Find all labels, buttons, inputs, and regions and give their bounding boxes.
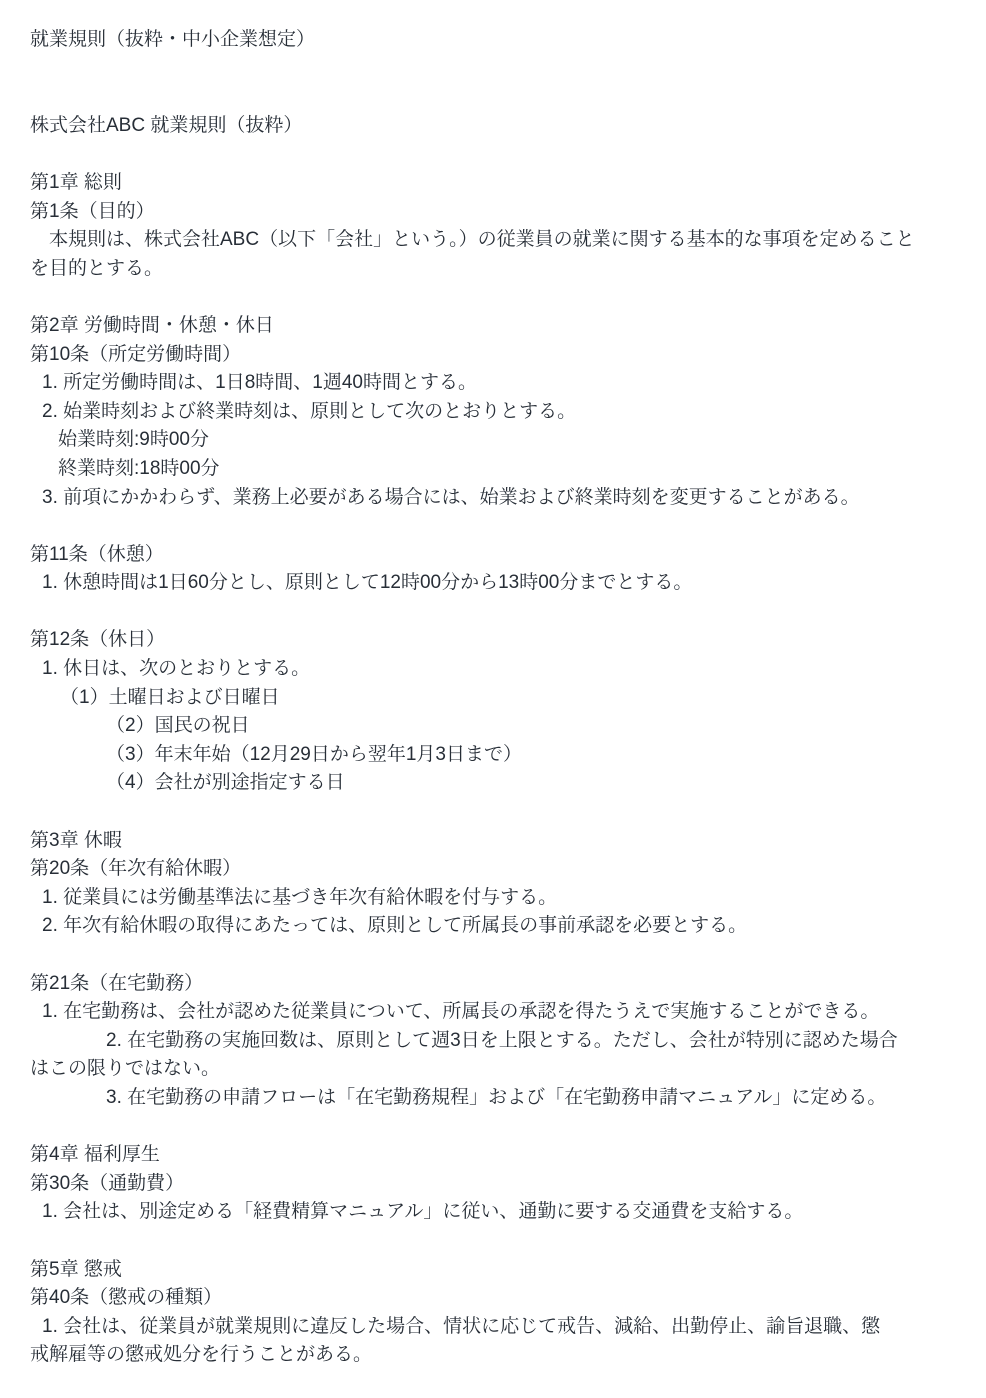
document-line: 1. 会社は、別途定める「経費精算マニュアル」に従い、通勤に要する交通費を支給す… [30,1198,956,1227]
document-line: を目的とする。 [30,255,956,284]
document-line: 第11条（休憩） [30,541,956,570]
document-line: 第10条（所定労働時間） [30,341,956,370]
document-text: 就業規則（抜粋・中小企業想定）株式会社ABC 就業規則（抜粋）第1章 総則第1条… [30,26,956,1370]
document-line: 第2章 労働時間・休憩・休日 [30,312,956,341]
document-line: 1. 会社は、従業員が就業規則に違反した場合、情状に応じて戒告、減給、出勤停止、… [30,1313,956,1342]
document-line: 第3章 休暇 [30,827,956,856]
document-line: 本規則は、株式会社ABC（以下「会社」という。）の従業員の就業に関する基本的な事… [30,226,956,255]
document-line: 2. 始業時刻および終業時刻は、原則として次のとおりとする。 [30,398,956,427]
document-line: （4）会社が別途指定する日 [30,769,956,798]
document-line: 第1条（目的） [30,198,956,227]
document-line [30,140,956,169]
document-line: 1. 従業員には労働基準法に基づき年次有給休暇を付与する。 [30,884,956,913]
document-line [30,83,956,112]
document-line: 第30条（通勤費） [30,1170,956,1199]
document-line: 第20条（年次有給休暇） [30,855,956,884]
document-line [30,1113,956,1142]
document-line: 戒解雇等の懲戒処分を行うことがある。 [30,1341,956,1370]
document-line [30,598,956,627]
document-line: 3. 在宅勤務の申請フローは「在宅勤務規程」および「在宅勤務申請マニュアル」に定… [30,1084,956,1113]
document-line [30,55,956,84]
document-line: 第1章 総則 [30,169,956,198]
document-line [30,798,956,827]
document-line: 1. 在宅勤務は、会社が認めた従業員について、所属長の承認を得たうえで実施するこ… [30,998,956,1027]
document-line: 1. 休日は、次のとおりとする。 [30,655,956,684]
document-line [30,283,956,312]
document-line: 株式会社ABC 就業規則（抜粋） [30,112,956,141]
document-line: 第12条（休日） [30,626,956,655]
document-line: 3. 前項にかかわらず、業務上必要がある場合には、始業および終業時刻を変更するこ… [30,484,956,513]
document-line: 第4章 福利厚生 [30,1141,956,1170]
document-line: （2）国民の祝日 [30,712,956,741]
document-line: 第40条（懲戒の種類） [30,1284,956,1313]
document-line [30,512,956,541]
document-page: 就業規則（抜粋・中小企業想定）株式会社ABC 就業規則（抜粋）第1章 総則第1条… [0,0,986,1398]
document-line: 1. 所定労働時間は、1日8時間、1週40時間とする。 [30,369,956,398]
document-line: 第21条（在宅勤務） [30,970,956,999]
document-line: はこの限りではない。 [30,1055,956,1084]
document-line [30,1227,956,1256]
document-line: 第5章 懲戒 [30,1256,956,1285]
document-line: 終業時刻:18時00分 [30,455,956,484]
document-line: 始業時刻:9時00分 [30,426,956,455]
document-line: （3）年末年始（12月29日から翌年1月3日まで） [30,741,956,770]
document-line: 2. 在宅勤務の実施回数は、原則として週3日を上限とする。ただし、会社が特別に認… [30,1027,956,1056]
document-line: （1）土曜日および日曜日 [30,684,956,713]
document-line: 就業規則（抜粋・中小企業想定） [30,26,956,55]
document-line: 2. 年次有給休暇の取得にあたっては、原則として所属長の事前承認を必要とする。 [30,912,956,941]
document-line: 1. 休憩時間は1日60分とし、原則として12時00分から13時00分までとする… [30,569,956,598]
document-line [30,941,956,970]
